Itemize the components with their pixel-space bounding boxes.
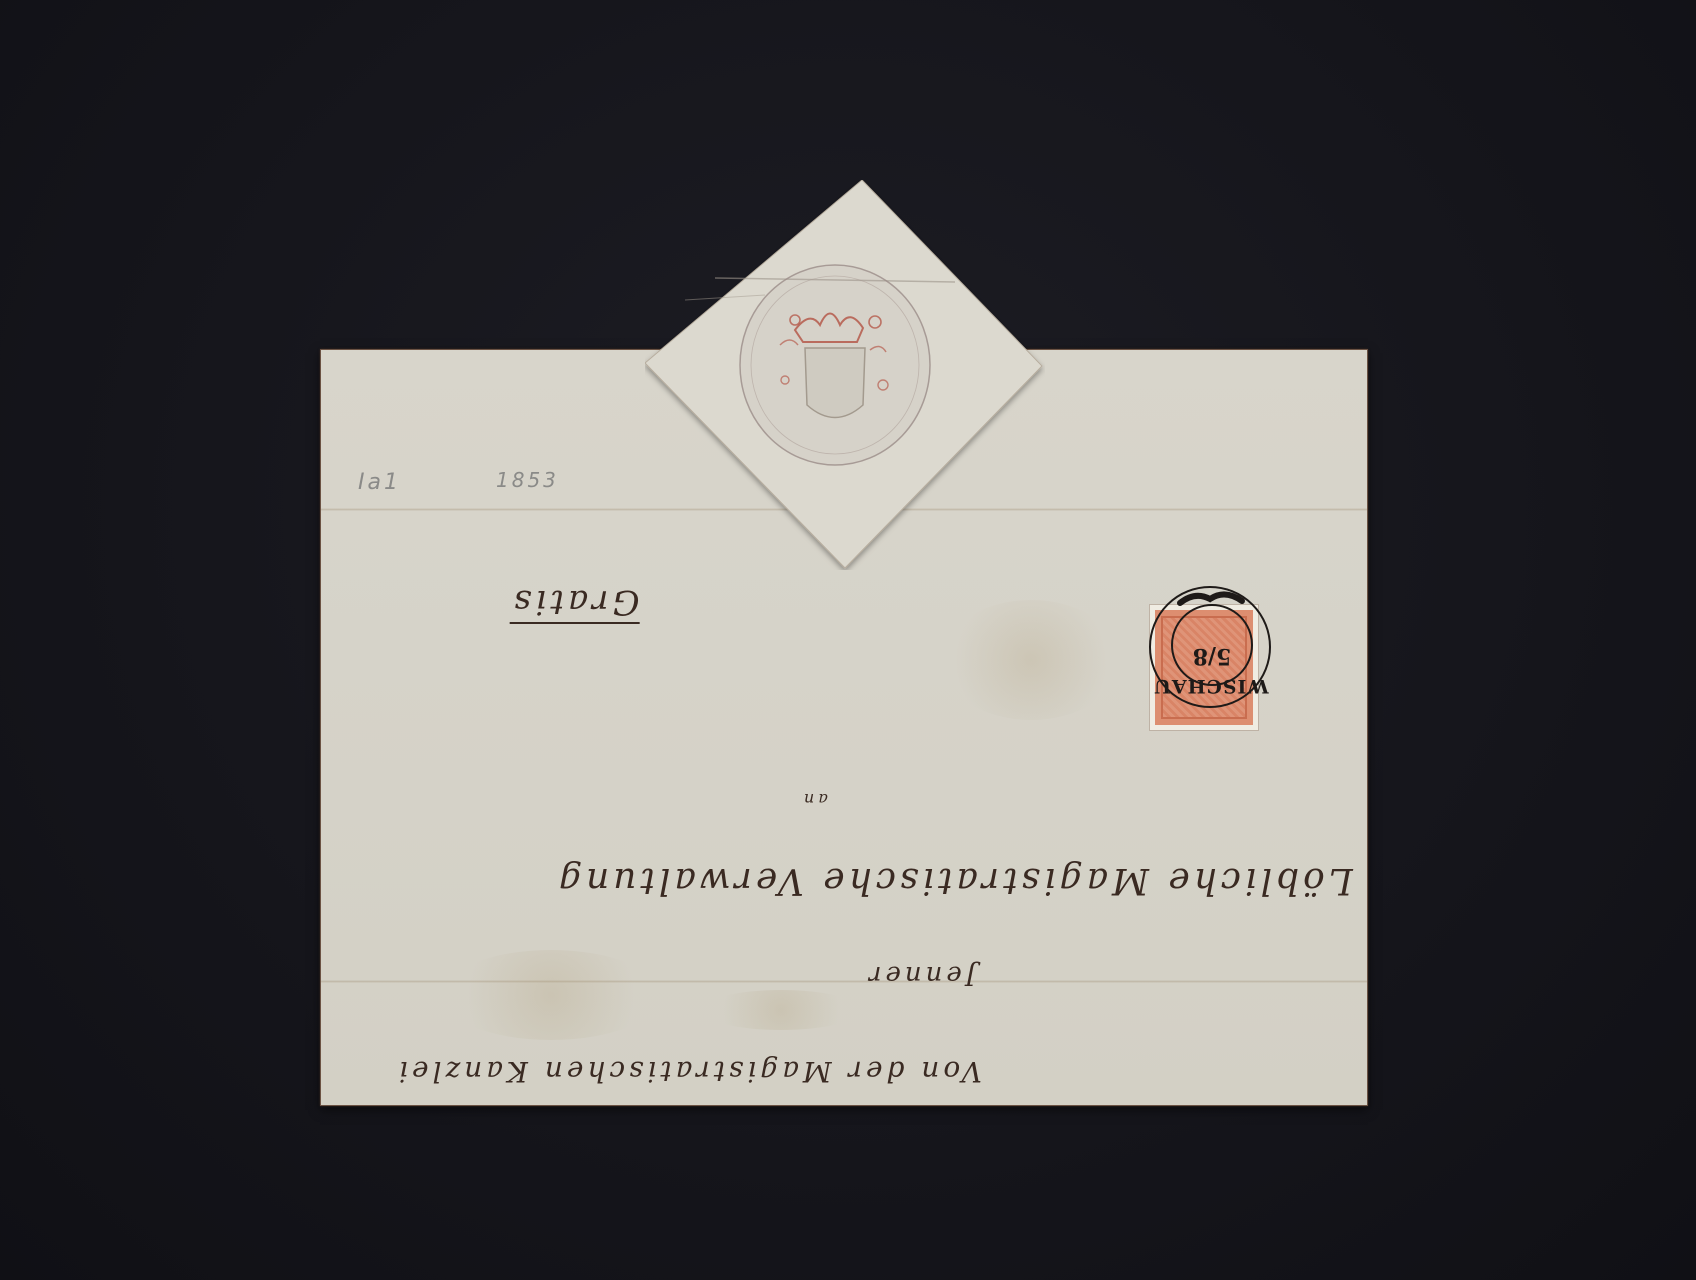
paper-stain xyxy=(441,950,661,1040)
svg-text:5/8: 5/8 xyxy=(1193,643,1232,669)
postmark-town: WISCHAU xyxy=(1146,675,1276,697)
postmark-icon: 5/8 xyxy=(1140,585,1280,725)
crest-seal-icon xyxy=(740,265,930,465)
sender-line: Von der Magistratischen Kanzlei xyxy=(395,1055,982,1088)
address-preposition: an xyxy=(800,790,828,809)
routing-note: Gratis xyxy=(510,582,640,624)
paper-stain xyxy=(941,600,1121,720)
address-line: Löbliche Magistratische Verwaltung xyxy=(555,860,1353,901)
pencil-catalog-note: Ia1 xyxy=(358,470,401,495)
address-title: Jenner xyxy=(865,960,976,990)
pencil-year-note: 1853 xyxy=(496,468,559,492)
seal-flap xyxy=(645,180,1045,570)
paper-stain xyxy=(701,990,861,1030)
